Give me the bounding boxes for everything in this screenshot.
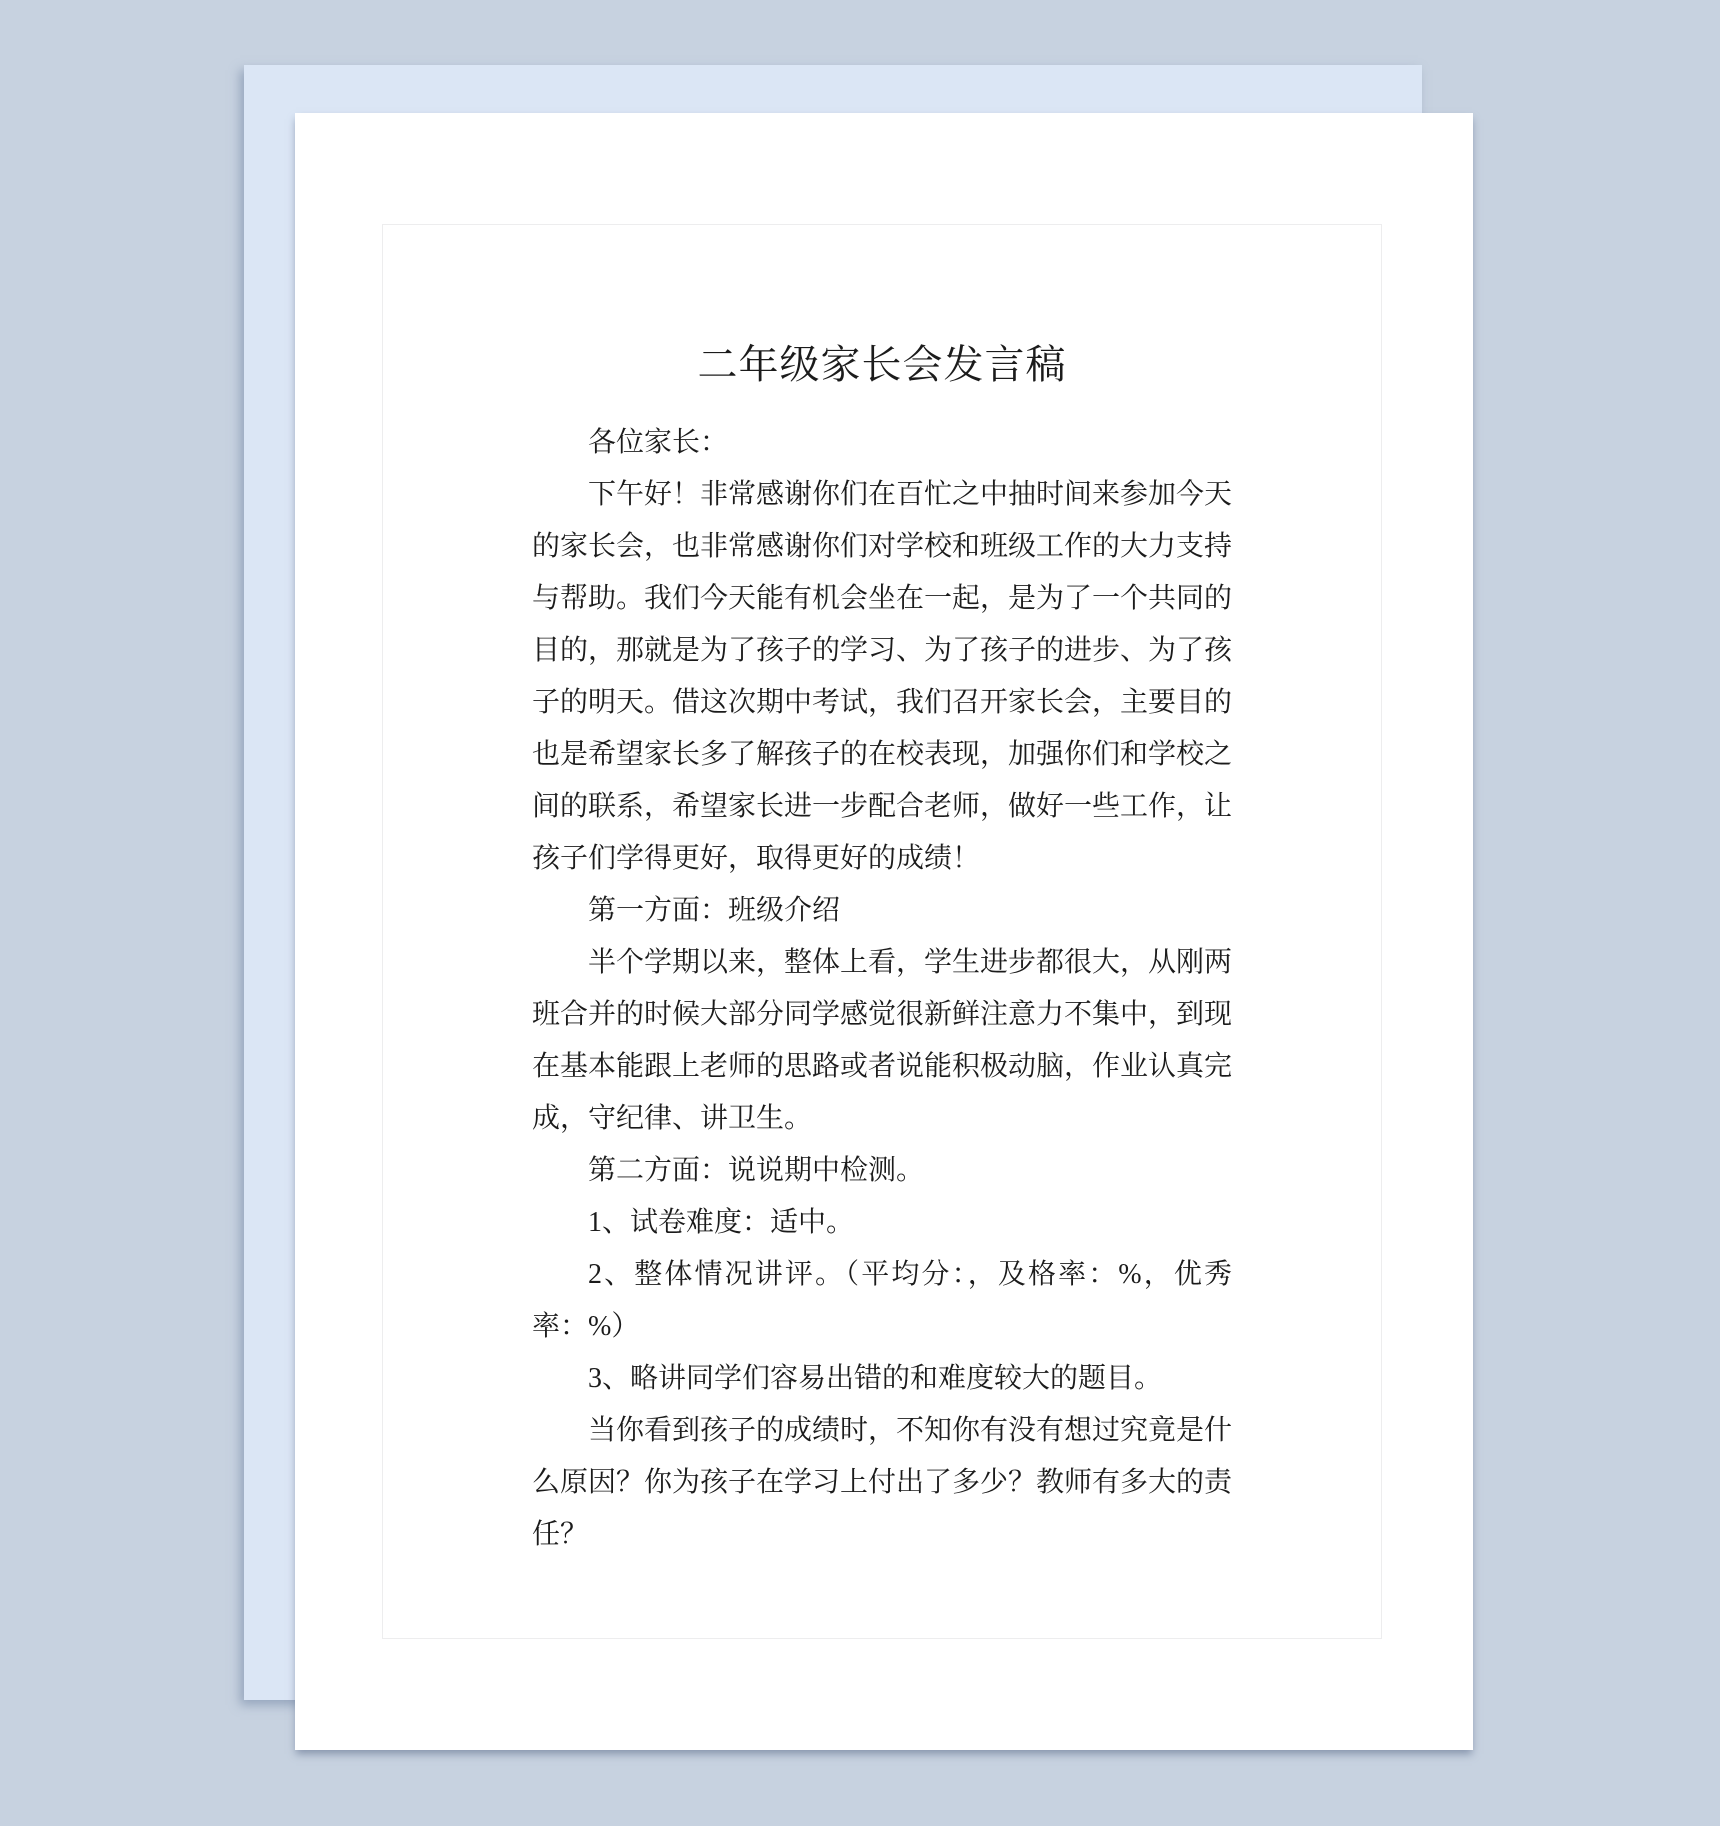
document-paragraph-1: 各位家长： bbox=[532, 417, 1232, 469]
document-page: 二年级家长会发言稿 各位家长：下午好！非常感谢你们在百忙之中抽时间来参加今天的家… bbox=[295, 113, 1473, 1750]
document-paragraph-9: 当你看到孩子的成绩时，不知你有没有想过究竟是什么原因？你为孩子在学习上付出了多少… bbox=[532, 1405, 1232, 1561]
document-body: 各位家长：下午好！非常感谢你们在百忙之中抽时间来参加今天的家长会，也非常感谢你们… bbox=[532, 417, 1232, 1561]
document-paragraph-6: 1、试卷难度：适中。 bbox=[532, 1197, 1232, 1249]
document-paragraph-3: 第一方面：班级介绍 bbox=[532, 885, 1232, 937]
document-paragraph-4: 半个学期以来，整体上看，学生进步都很大，从刚两班合并的时候大部分同学感觉很新鲜注… bbox=[532, 937, 1232, 1145]
desktop-background: { "document": { "title": "二年级家长会发言稿", "p… bbox=[0, 0, 1720, 1826]
document-paragraph-2: 下午好！非常感谢你们在百忙之中抽时间来参加今天的家长会，也非常感谢你们对学校和班… bbox=[532, 469, 1232, 885]
document-text-area: 二年级家长会发言稿 各位家长：下午好！非常感谢你们在百忙之中抽时间来参加今天的家… bbox=[532, 225, 1232, 1561]
document-content-area: 二年级家长会发言稿 各位家长：下午好！非常感谢你们在百忙之中抽时间来参加今天的家… bbox=[382, 224, 1382, 1639]
document-paragraph-7: 2、整体情况讲评。（平均分：，及格率：%，优秀率：%） bbox=[532, 1249, 1232, 1353]
document-paragraph-8: 3、略讲同学们容易出错的和难度较大的题目。 bbox=[532, 1353, 1232, 1405]
document-paragraph-5: 第二方面：说说期中检测。 bbox=[532, 1145, 1232, 1197]
document-title: 二年级家长会发言稿 bbox=[532, 337, 1232, 393]
